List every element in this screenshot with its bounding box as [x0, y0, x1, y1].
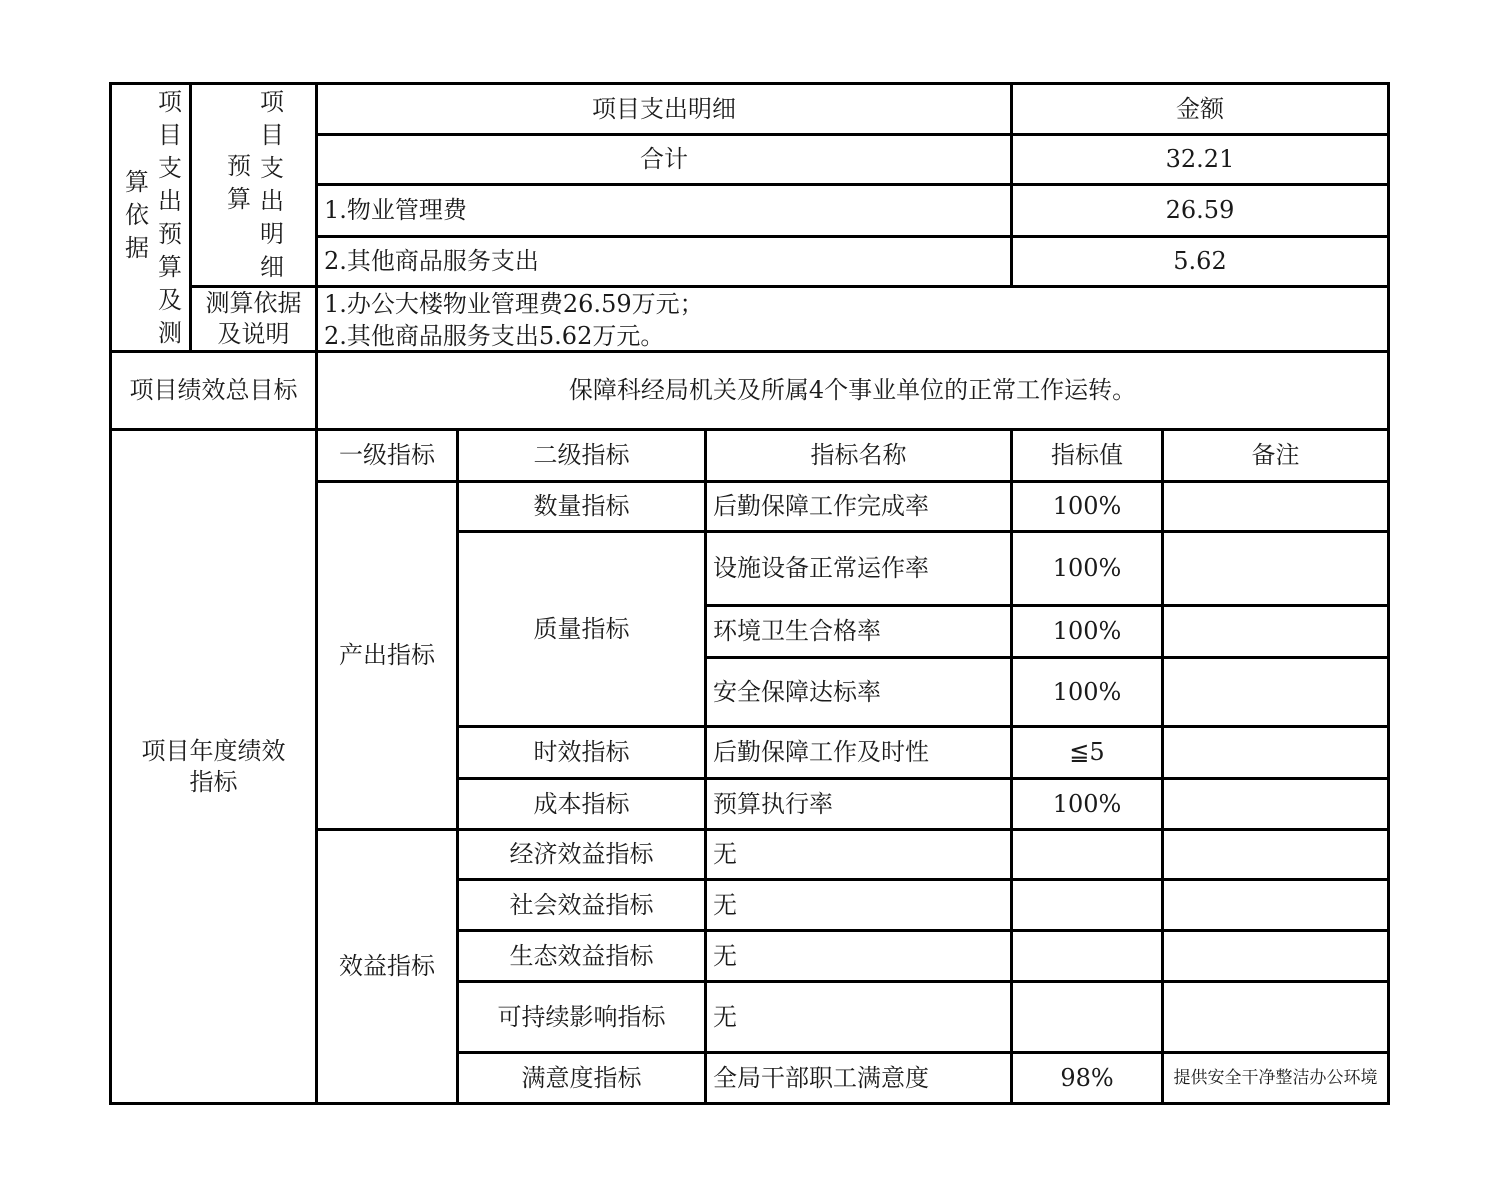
label-char: 细 [260, 251, 284, 284]
indicator-note [1164, 728, 1387, 777]
indicator-name: 设施设备正常运作率 [707, 533, 1010, 604]
indicator-note: 提供安全干净整洁办公环境 [1164, 1054, 1387, 1102]
indicator-name: 后勤保障工作及时性 [707, 728, 1010, 777]
label-char: 据 [125, 232, 149, 265]
detail-budget-label-col1: 预 算 [224, 150, 254, 216]
indicator-name: 无 [707, 881, 1010, 929]
overall-goal-text: 保障科经局机关及所属4个事业单位的正常工作运转。 [318, 353, 1387, 428]
basis-label-line: 及说明 [218, 319, 290, 350]
level2-ecological: 生态效益指标 [459, 932, 704, 980]
header-indicator-name: 指标名称 [707, 431, 1010, 480]
indicator-note [1164, 831, 1387, 878]
level1-output: 产出指标 [318, 483, 456, 828]
border-bottom [109, 1102, 1390, 1105]
level2-quantity: 数量指标 [459, 483, 704, 530]
budget-performance-table: 算 依 据 项 目 支 出 预 算 及 测 预 算 项 目 支 出 明 细 测算… [0, 0, 1500, 1180]
annual-indicators-label: 项目年度绩效 指标 [112, 431, 315, 1102]
indicator-name: 后勤保障工作完成率 [707, 483, 1010, 530]
header-indicator-value: 指标值 [1013, 431, 1161, 480]
detail-header-amount: 金额 [1013, 85, 1387, 133]
indicator-value: 98% [1013, 1054, 1161, 1102]
level2-social: 社会效益指标 [459, 881, 704, 929]
indicator-value: 100% [1013, 780, 1161, 828]
indicator-name: 无 [707, 932, 1010, 980]
indicator-name: 无 [707, 831, 1010, 878]
indicator-note [1164, 932, 1387, 980]
indicator-value: 100% [1013, 483, 1161, 530]
overall-goal-label: 项目绩效总目标 [112, 353, 315, 428]
indicator-name: 预算执行率 [707, 780, 1010, 828]
indicator-value [1013, 983, 1161, 1051]
level1-benefit: 效益指标 [318, 831, 456, 1102]
basis-label: 测算依据 及说明 [192, 288, 315, 350]
label-char: 测 [158, 317, 182, 350]
indicator-value: 100% [1013, 533, 1161, 604]
detail-row-label: 1.物业管理费 [318, 186, 1010, 235]
detail-row-label: 2.其他商品服务支出 [318, 238, 1010, 285]
level2-satisfaction: 满意度指标 [459, 1054, 704, 1102]
total-label: 合计 [318, 136, 1010, 183]
label-char: 项 [158, 86, 182, 119]
label-char: 出 [260, 185, 284, 218]
indicator-note [1164, 607, 1387, 656]
level2-quality: 质量指标 [459, 533, 704, 725]
indicator-name: 无 [707, 983, 1010, 1051]
indicator-value: ≦5 [1013, 728, 1161, 777]
indicator-name: 全局干部职工满意度 [707, 1054, 1010, 1102]
indicator-note [1164, 533, 1387, 604]
header-level1: 一级指标 [318, 431, 456, 480]
label-char: 预 [227, 150, 251, 183]
detail-row-amount: 26.59 [1013, 186, 1387, 235]
indicator-name: 安全保障达标率 [707, 659, 1010, 725]
indicator-value [1013, 881, 1161, 929]
label-char: 算 [158, 251, 182, 284]
level2-cost: 成本指标 [459, 780, 704, 828]
header-level2: 二级指标 [459, 431, 704, 480]
indicator-note [1164, 780, 1387, 828]
indicator-note [1164, 659, 1387, 725]
indicator-value: 100% [1013, 607, 1161, 656]
label-char: 项 [260, 86, 284, 119]
label-char: 及 [158, 284, 182, 317]
detail-header-item: 项目支出明细 [318, 85, 1010, 133]
detail-row-amount: 5.62 [1013, 238, 1387, 285]
level2-timeliness: 时效指标 [459, 728, 704, 777]
calc-basis-label-col2: 项 目 支 出 预 算 及 测 [155, 86, 185, 350]
indicator-name: 环境卫生合格率 [707, 607, 1010, 656]
detail-budget-label-col2: 项 目 支 出 明 细 [257, 86, 287, 284]
basis-text: 1.办公大楼物业管理费26.59万元； 2.其他商品服务支出5.62万元。 [318, 288, 1387, 350]
basis-text-line: 2.其他商品服务支出5.62万元。 [324, 320, 664, 352]
label-char: 支 [158, 152, 182, 185]
label-char: 目 [158, 119, 182, 152]
label-char: 算 [125, 166, 149, 199]
label-char: 预 [158, 218, 182, 251]
indicator-value [1013, 831, 1161, 878]
label-char: 依 [125, 199, 149, 232]
calc-basis-label-col1: 算 依 据 [122, 166, 152, 265]
level2-sustainable: 可持续影响指标 [459, 983, 704, 1051]
label-char: 目 [260, 119, 284, 152]
indicator-value: 100% [1013, 659, 1161, 725]
basis-label-line: 测算依据 [206, 288, 302, 319]
label-char: 算 [227, 183, 251, 216]
indicator-note [1164, 483, 1387, 530]
label-char: 出 [158, 185, 182, 218]
indicator-note [1164, 881, 1387, 929]
annual-label-line: 指标 [190, 767, 238, 798]
header-note: 备注 [1164, 431, 1387, 480]
level2-economic: 经济效益指标 [459, 831, 704, 878]
label-char: 明 [260, 218, 284, 251]
basis-text-line: 1.办公大楼物业管理费26.59万元； [324, 288, 704, 320]
indicator-note [1164, 983, 1387, 1051]
annual-label-line: 项目年度绩效 [142, 736, 286, 767]
indicator-value [1013, 932, 1161, 980]
label-char: 支 [260, 152, 284, 185]
total-amount: 32.21 [1013, 136, 1387, 183]
